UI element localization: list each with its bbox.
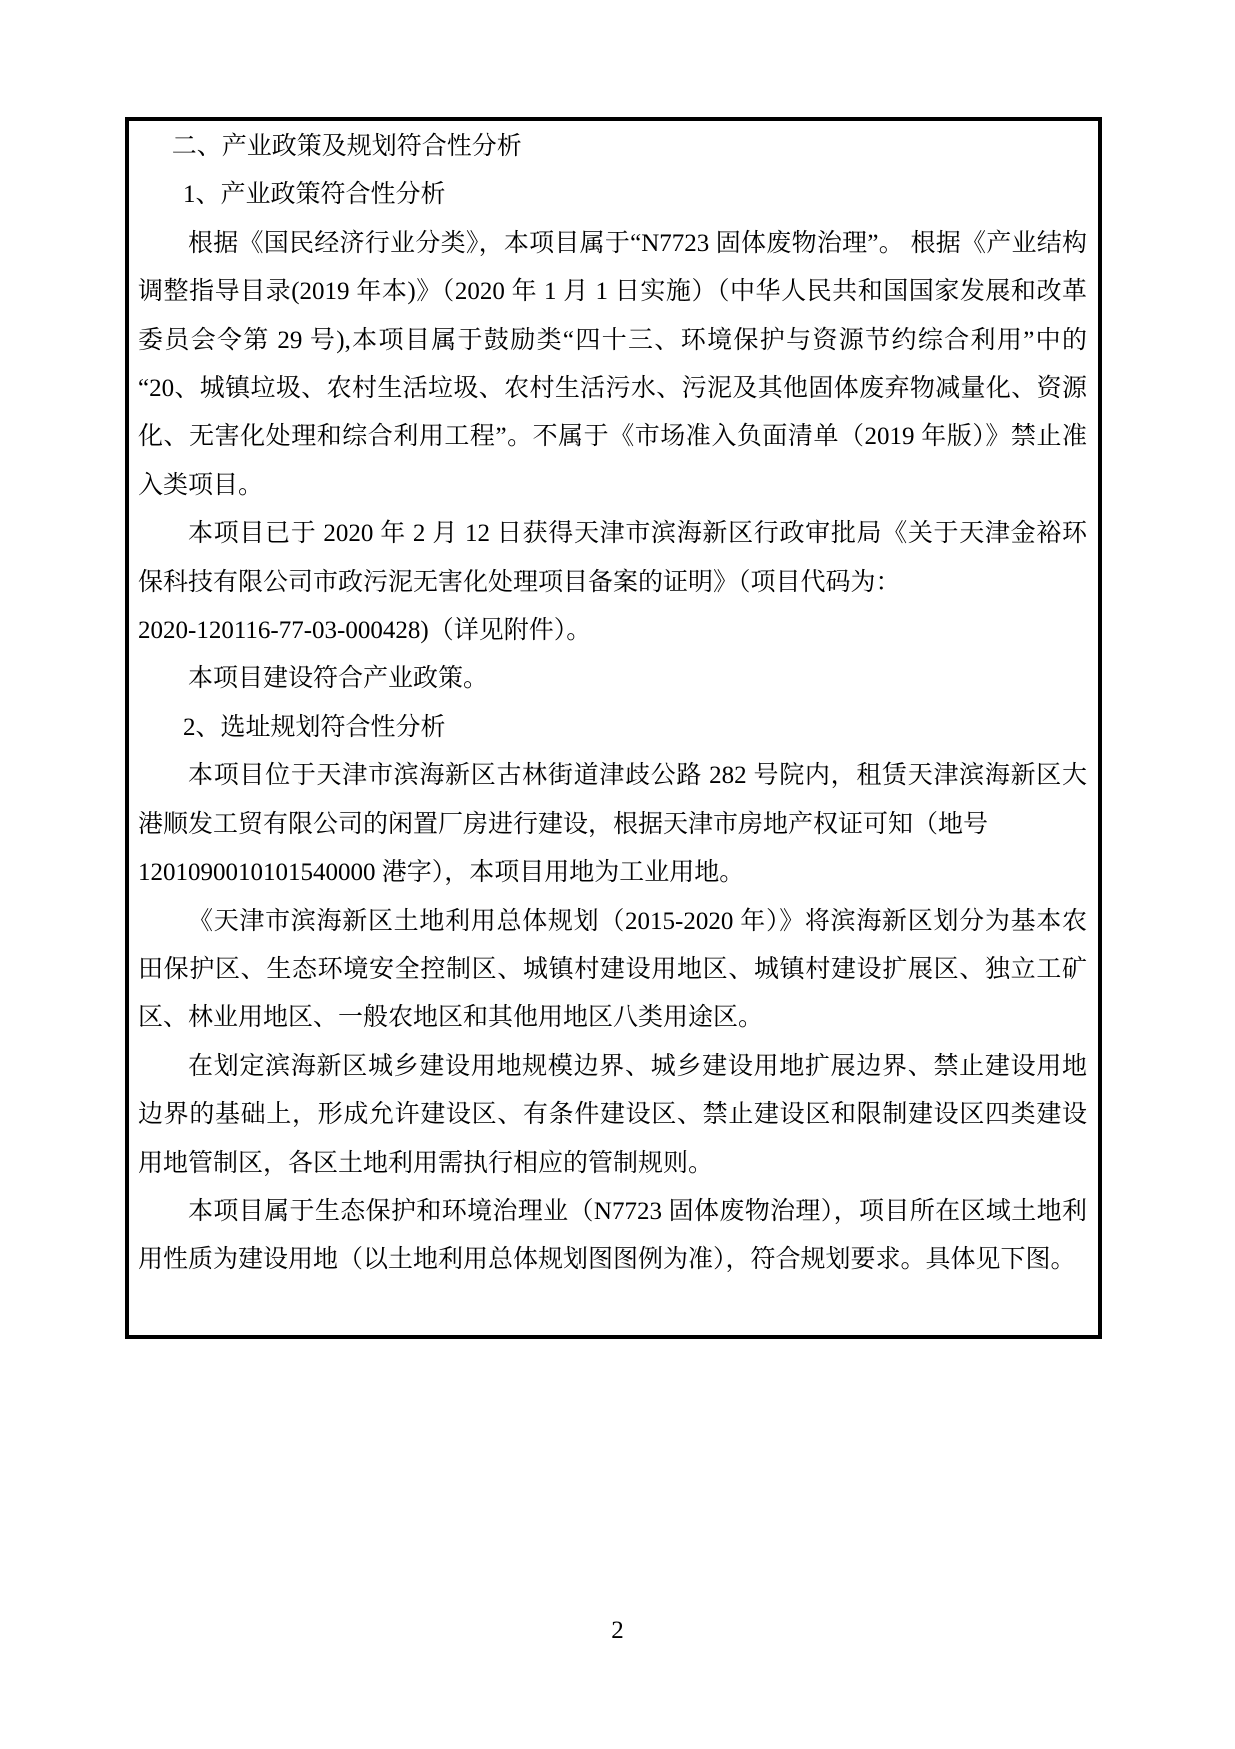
subsection-1-paragraph-3: 本项目建设符合产业政策。: [138, 655, 1087, 703]
subsection-2-paragraph-1-continuation: 1201090010101540000 港字），本项目用地为工业用地。: [138, 849, 1087, 897]
subsection-2-paragraph-4: 本项目属于生态保护和环境治理业（N7723 固体废物治理），项目所在区域土地利用…: [138, 1188, 1087, 1285]
subsection-1-paragraph-2-continuation: 2020-120116-77-03-000428)（详见附件）。: [138, 607, 1087, 655]
subsection-1-paragraph-1: 根据《国民经济行业分类》，本项目属于“N7723 固体废物治理”。 根据《产业结…: [138, 220, 1087, 510]
subsection-1-heading: 1、产业政策符合性分析: [138, 171, 1087, 219]
document-page: 二、产业政策及规划符合性分析 1、产业政策符合性分析 根据《国民经济行业分类》，…: [0, 0, 1235, 1749]
subsection-1-paragraph-2-line-1: 本项目已于 2020 年 2 月 12 日获得天津市滨海新区行政审批局《关于天津…: [138, 510, 1087, 607]
section-title: 二、产业政策及规划符合性分析: [138, 123, 1087, 171]
subsection-2-paragraph-1: 本项目位于天津市滨海新区古林街道津歧公路 282 号院内，租赁天津滨海新区大港顺…: [138, 752, 1087, 849]
content-border-box: 二、产业政策及规划符合性分析 1、产业政策符合性分析 根据《国民经济行业分类》，…: [125, 117, 1102, 1339]
subsection-2-heading: 2、选址规划符合性分析: [138, 704, 1087, 752]
page-number: 2: [0, 1616, 1235, 1646]
subsection-2-paragraph-3: 在划定滨海新区城乡建设用地规模边界、城乡建设用地扩展边界、禁止建设用地边界的基础…: [138, 1043, 1087, 1188]
subsection-2-paragraph-2: 《天津市滨海新区土地利用总体规划（2015-2020 年）》将滨海新区划分为基本…: [138, 898, 1087, 1043]
